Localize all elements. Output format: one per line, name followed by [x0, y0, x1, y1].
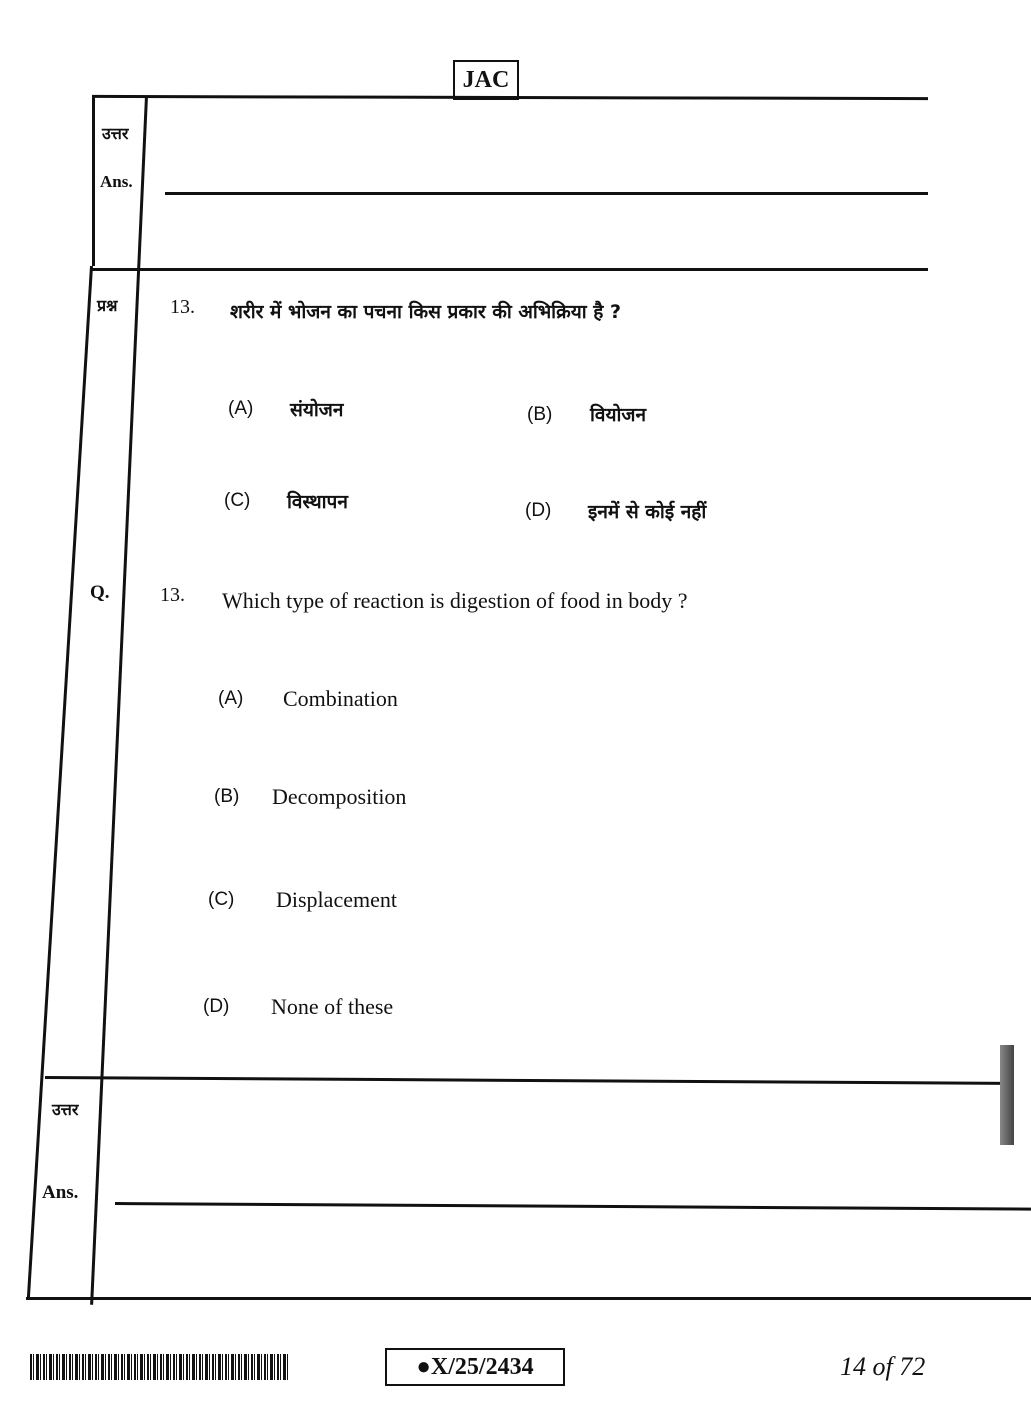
answer-area-top[interactable] — [150, 100, 920, 265]
option-text-hindi: वियोजन — [590, 401, 646, 427]
option-text-english: Displacement — [276, 887, 397, 913]
option-text-hindi: इनमें से कोई नहीं — [588, 498, 706, 524]
ans-label-hindi-top: उत्तर — [102, 122, 128, 144]
option-key: (D) — [203, 996, 229, 1018]
option-text-english: Combination — [283, 686, 398, 712]
board-label: JAC — [453, 60, 519, 100]
option-key: (C) — [224, 490, 250, 512]
outer-left-border-lower — [27, 266, 93, 1298]
page-edge-shadow — [1000, 1045, 1014, 1145]
section-divider-1 — [92, 268, 928, 271]
option-key: (B) — [527, 404, 552, 426]
paper-code: ●X/25/2434 — [385, 1348, 565, 1386]
answer-area-bottom[interactable] — [110, 1085, 1000, 1290]
question-label-english: Q. — [90, 582, 110, 604]
question-label-hindi: प्रश्न — [97, 294, 117, 316]
ans-label-english-top: Ans. — [100, 172, 133, 192]
ans-label-english-bottom: Ans. — [42, 1182, 78, 1204]
bottom-border — [26, 1297, 1031, 1300]
option-key: (A) — [228, 398, 253, 420]
page-indicator: 14 of 72 — [840, 1352, 925, 1382]
section-divider-2 — [45, 1076, 1005, 1085]
option-text-hindi: विस्थापन — [287, 488, 348, 514]
option-key: (C) — [208, 889, 234, 911]
question-number-hindi: 13. — [170, 296, 195, 319]
barcode — [30, 1354, 290, 1380]
question-number-english: 13. — [160, 584, 185, 607]
question-text-english: Which type of reaction is digestion of f… — [222, 588, 688, 614]
option-key: (B) — [214, 786, 239, 808]
option-key: (A) — [218, 688, 243, 710]
option-text-hindi: संयोजन — [290, 396, 343, 422]
ans-label-hindi-bottom: उत्तर — [52, 1098, 78, 1120]
outer-left-border — [92, 96, 95, 266]
option-text-english: Decomposition — [272, 784, 406, 810]
option-text-english: None of these — [271, 994, 393, 1020]
option-key: (D) — [525, 500, 551, 522]
question-text-hindi: शरीर में भोजन का पचना किस प्रकार की अभिक… — [230, 298, 621, 324]
